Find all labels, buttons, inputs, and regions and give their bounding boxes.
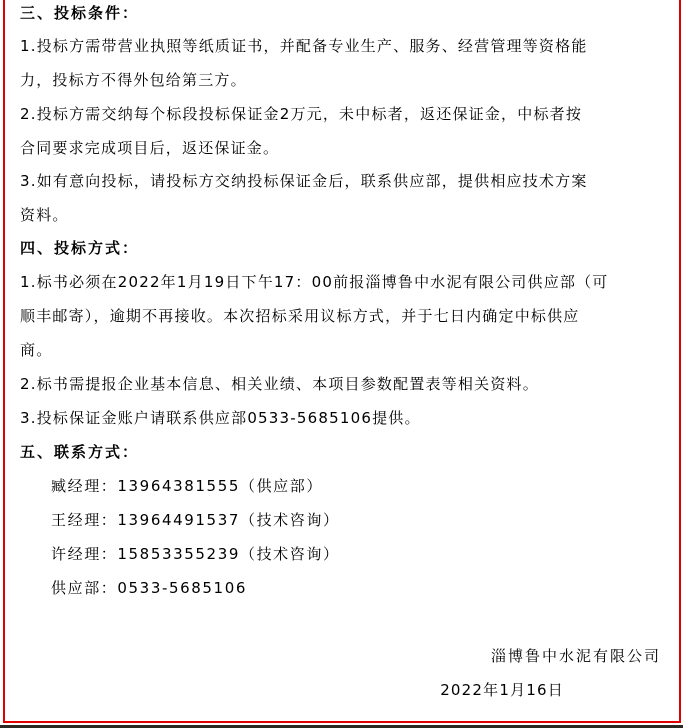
- paragraph-line: 2.标书需提报企业基本信息、相关业绩、本项目参数配置表等相关资料。: [20, 374, 539, 394]
- paragraph-line: 资料。: [20, 205, 69, 225]
- contact-line: 许经理：15853355239（技术咨询）: [51, 544, 340, 564]
- section-heading-bidding-method: 四、投标方式：: [20, 238, 139, 258]
- paragraph-line: 2.投标方需交纳每个标段投标保证金2万元，未中标者，返还保证金，中标者按: [20, 104, 582, 124]
- paragraph-line: 商。: [20, 340, 52, 360]
- signature-date: 2022年1月16日: [440, 680, 564, 700]
- section-heading-bidding-conditions: 三、投标条件：: [20, 3, 139, 23]
- section-heading-contact: 五、联系方式：: [20, 442, 139, 462]
- paragraph-line: 顺丰邮寄），逾期不再接收。本次招标采用议标方式，并于七日内确定中标供应: [20, 306, 580, 326]
- paragraph-line: 1.投标方需带营业执照等纸质证书，并配备专业生产、服务、经营管理等资格能: [20, 36, 588, 56]
- paragraph-line: 合同要求完成项目后，返还保证金。: [20, 138, 279, 158]
- contact-line: 臧经理：13964381555（供应部）: [51, 476, 323, 496]
- signature-company: 淄博鲁中水泥有限公司: [491, 646, 661, 666]
- paragraph-line: 3.如有意向投标，请投标方交纳投标保证金后，联系供应部，提供相应技术方案: [20, 171, 588, 191]
- paragraph-line: 力，投标方不得外包给第三方。: [20, 70, 247, 90]
- paragraph-line: 3.投标保证金账户请联系供应部0533-5685106提供。: [20, 408, 421, 428]
- paragraph-line: 1.标书必须在2022年1月19日下午17：00前报淄博鲁中水泥有限公司供应部（…: [20, 272, 609, 292]
- contact-line: 王经理：13964491537（技术咨询）: [51, 510, 340, 530]
- contact-line: 供应部：0533-5685106: [51, 578, 247, 598]
